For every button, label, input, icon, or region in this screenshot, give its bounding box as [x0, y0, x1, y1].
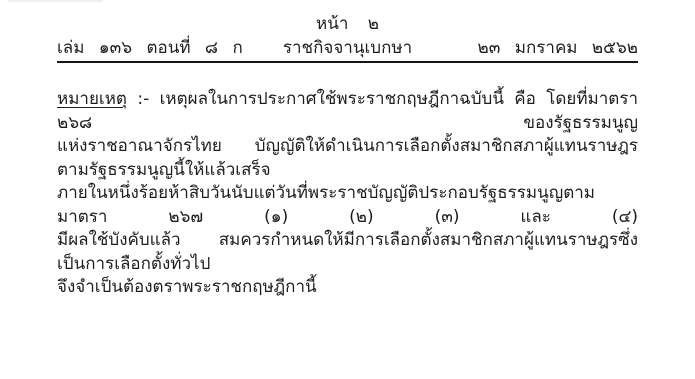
page-content: หน้า ๒ เล่ม ๑๓๖ ตอนที่ ๘ ก ราชกิจจานุเบก…: [0, 0, 695, 300]
note-label: หมายเหตุ: [57, 89, 127, 109]
scan-artifact-line: [8, 0, 103, 2]
note-line-3: ภายในหนึ่งร้อยห้าสิบวันนับแต่วันที่พระรา…: [57, 182, 638, 229]
masthead: เล่ม ๑๓๖ ตอนที่ ๘ ก ราชกิจจานุเบกษา ๒๓ ม…: [57, 37, 638, 59]
note-line-2: แห่งราชอาณาจักรไทย บัญญัติให้ดำเนินการเล…: [57, 135, 638, 182]
gazette-title: ราชกิจจานุเบกษา: [283, 37, 412, 59]
note-line-1: หมายเหตุ :- เหตุผลในการประกาศใช้พระราชกฤ…: [57, 88, 638, 135]
note-paragraph: หมายเหตุ :- เหตุผลในการประกาศใช้พระราชกฤ…: [57, 88, 638, 300]
note-line-5: จึงจำเป็นต้องตราพระราชกฤษฎีกานี้: [57, 276, 638, 300]
publication-date: ๒๓ มกราคม ๒๕๖๒: [478, 37, 638, 59]
gazette-page: หน้า ๒ เล่ม ๑๓๖ ตอนที่ ๘ ก ราชกิจจานุเบก…: [0, 0, 695, 379]
note-separator: :-: [137, 89, 149, 109]
page-number: หน้า ๒: [57, 0, 638, 35]
volume-issue-label: เล่ม ๑๓๖ ตอนที่ ๘ ก: [57, 37, 243, 59]
note-line-4: มีผลใช้บังคับแล้ว สมควรกำหนดให้มีการเลือ…: [57, 229, 638, 276]
header-rule: [57, 61, 638, 63]
